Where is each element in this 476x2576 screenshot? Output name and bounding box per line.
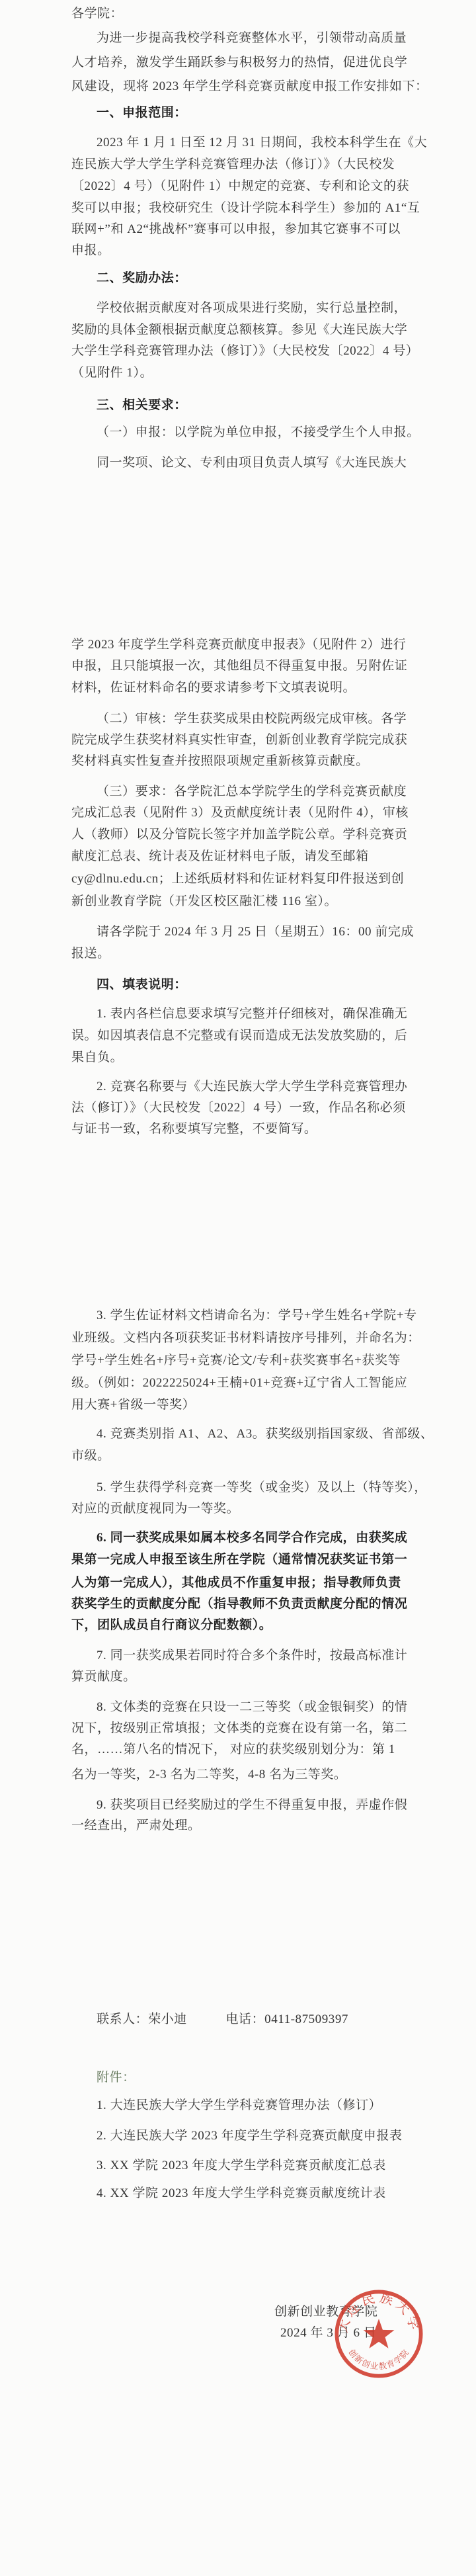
doc-line: （三）要求：各学院汇总本学院学生的学科竞赛贡献度 [97,783,407,800]
doc-line: 大学生学科竞赛管理办法（修订）》（大民校发〔2022〕4 号） [71,343,418,360]
salutation: 各学院： [71,5,123,22]
doc-line: 与证书一致，名称要填写完整，不要简写。 [71,1121,317,1138]
seal-star-icon [364,2319,395,2348]
doc-line: 为进一步提高我校学科竞赛整体水平，引领带动高质量 [97,30,407,47]
doc-line: 2. 竞赛名称要与《大连民族大学大学生学科竞赛管理办 [97,1078,407,1095]
doc-line: 果第一完成人申报至该生所在学院（通常情况获奖证书第一 [71,1551,407,1568]
doc-line: 请各学院于 2024 年 3 月 25 日（星期五）16：00 前完成 [97,923,414,941]
attachment-item: 3. XX 学院 2023 年度大学生学科竞赛贡献度汇总表 [97,2157,386,2174]
contact-line: 联系人：荣小迪 电话：0411-87509397 [97,2011,348,2028]
doc-line: 同一奖项、论文、专利由项目负责人填写《大连民族大 [97,454,407,472]
doc-line: 人（教师）以及分管院长签字并加盖学院公章。学科竞赛贡 [71,826,407,843]
doc-line: 名为一等奖，2-3 名为二等奖，4-8 名为三等奖。 [71,1766,346,1783]
doc-line: 误。如因填表信息不完整或有误而造成无法发放奖励的，后 [71,1027,407,1045]
doc-line: 级。（例如：2022225024+王楠+01+竞赛+辽宁省人工智能应 [71,1375,407,1392]
doc-line: 8. 文体类的竞赛在只设一二三等奖（或金银铜奖）的情 [97,1699,407,1716]
section-heading: 一、申报范围： [97,105,187,122]
doc-line: 申报。 [71,242,110,259]
section-heading: 四、填表说明： [97,976,187,994]
official-seal: 大连民族大学 创新创业教育学院 [329,2284,429,2384]
document-page: 各学院：为进一步提高我校学科竞赛整体水平，引领带动高质量人才培养，激发学生踊跃参… [0,0,476,2576]
doc-line: 5. 学生获得学科竞赛一等奖（或金奖）及以上（特等奖）， [97,1479,427,1496]
doc-line: 献度汇总表、统计表及佐证材料电子版，请发至邮箱 [71,848,369,865]
doc-line: （一）申报：以学院为单位申报，不接受学生个人申报。 [97,424,420,441]
doc-line: 材料，佐证材料命名的要求请参考下文填表说明。 [71,679,356,697]
doc-line: 人才培养，激发学生踊跃参与积极努力的热情，促进优良学 [71,54,407,71]
doc-line: 对应的贡献度视同为一等奖。 [71,1500,239,1518]
doc-line: 算贡献度。 [71,1668,136,1686]
doc-line: 奖可以申报；我校研究生（设计学院本科学生）参加的 A1“互 [71,200,420,217]
doc-line: 2023 年 1 月 1 日至 12 月 31 日期间，我校本科学生在《大 [97,134,427,151]
doc-line: 6. 同一获奖成果如属本校多名同学合作完成，由获奖成 [97,1529,407,1547]
doc-line: 法（修订）》（大民校发〔2022〕4 号）一致，作品名称必须 [71,1099,406,1117]
doc-line: 奖材料真实性复查并按照限项规定重新核算贡献度。 [71,753,369,770]
doc-line: 风建设，现将 2023 年学生学科竞赛贡献度申报工作安排如下： [71,78,428,95]
section-heading: 二、奖励办法： [97,270,187,287]
doc-line: （二）审核：学生获奖成果由校院两级完成审核。各学 [97,710,407,728]
doc-line: （见附件 1）。 [71,365,153,382]
attachment-item: 1. 大连民族大学大学生学科竞赛管理办法（修订） [97,2097,381,2114]
doc-line: 院完成学生获奖材料真实性审查，创新创业教育学院完成获 [71,732,407,749]
doc-line: 况下，按级别正常填报；文体类的竞赛在设有第一名，第二 [71,1720,407,1737]
doc-line: 3. 学生佐证材料文档请命名为：学号+学生姓名+学院+专 [97,1307,417,1324]
doc-line: cy@dlnu.edu.cn；上述纸质材料和佐证材料复印件报送到创 [71,871,404,888]
doc-line: 奖励的具体金额根据贡献度总额核算。参见《大连民族大学 [71,322,407,339]
doc-line: 联网+”和 A2“挑战杯”赛事可以申报，参加其它赛事不可以 [71,221,401,238]
doc-line: 7. 同一获奖成果若同时符合多个条件时，按最高标准计 [97,1647,407,1664]
doc-line: 新创业教育学院（开发区校区融汇楼 116 室）。 [71,893,337,910]
doc-line: 连民族大学大学生学科竞赛管理办法（修订）》（大民校发 [71,156,395,173]
doc-line: 申报，且只能填报一次，其他组员不得重复申报。另附佐证 [71,658,407,675]
doc-line: 业班级。文档内各项获奖证书材料请按序号排列，并命名为： [71,1330,420,1347]
doc-line: 果自负。 [71,1049,123,1066]
attachments-label: 附件： [97,2069,136,2086]
doc-line: 完成汇总表（见附件 3）及贡献度统计表（见附件 4），审核 [71,804,409,822]
section-heading: 三、相关要求： [97,397,187,414]
doc-line: 〔2022〕4 号）（见附件 1）中规定的竞赛、专利和论文的获 [71,178,409,195]
doc-line: 下，团队成员自行商议分配数额）。 [71,1617,272,1634]
doc-line: 9. 获奖项目已经奖励过的学生不得重复申报，弄虚作假 [97,1797,407,1814]
attachment-item: 2. 大连民族大学 2023 年度学生学科竞赛贡献度申报表 [97,2127,402,2145]
doc-line: 用大赛+省级一等奖） [71,1396,195,1414]
doc-line: 人为第一完成人），其他成员不作重复申报；指导教师负责 [71,1574,401,1592]
doc-line: 一经查出，严肃处理。 [71,1817,201,1834]
doc-line: 市级。 [71,1447,110,1465]
doc-line: 学号+学生姓名+序号+竞赛/论文/专利+获奖赛事名+获奖等 [71,1352,401,1369]
doc-line: 学校依据贡献度对各项成果进行奖励，实行总量控制， [97,300,407,317]
doc-line: 获奖学生的贡献度分配（指导教师不负责贡献度分配的情况 [71,1596,407,1613]
doc-line: 1. 表内各栏信息要求填写完整并仔细核对，确保准确无 [97,1006,407,1023]
doc-line: 4. 竞赛类别指 A1、A2、A3。获奖级别指国家级、省部级、 [97,1426,433,1443]
doc-line: 学 2023 年度学生学科竞赛贡献度申报表》（见附件 2）进行 [71,636,406,654]
attachment-item: 4. XX 学院 2023 年度大学生学科竞赛贡献度统计表 [97,2185,386,2202]
doc-line: 报送。 [71,945,110,963]
doc-line: 名，……第八名的情况下， 对应的获奖级别划分为：第 1 [71,1741,395,1758]
